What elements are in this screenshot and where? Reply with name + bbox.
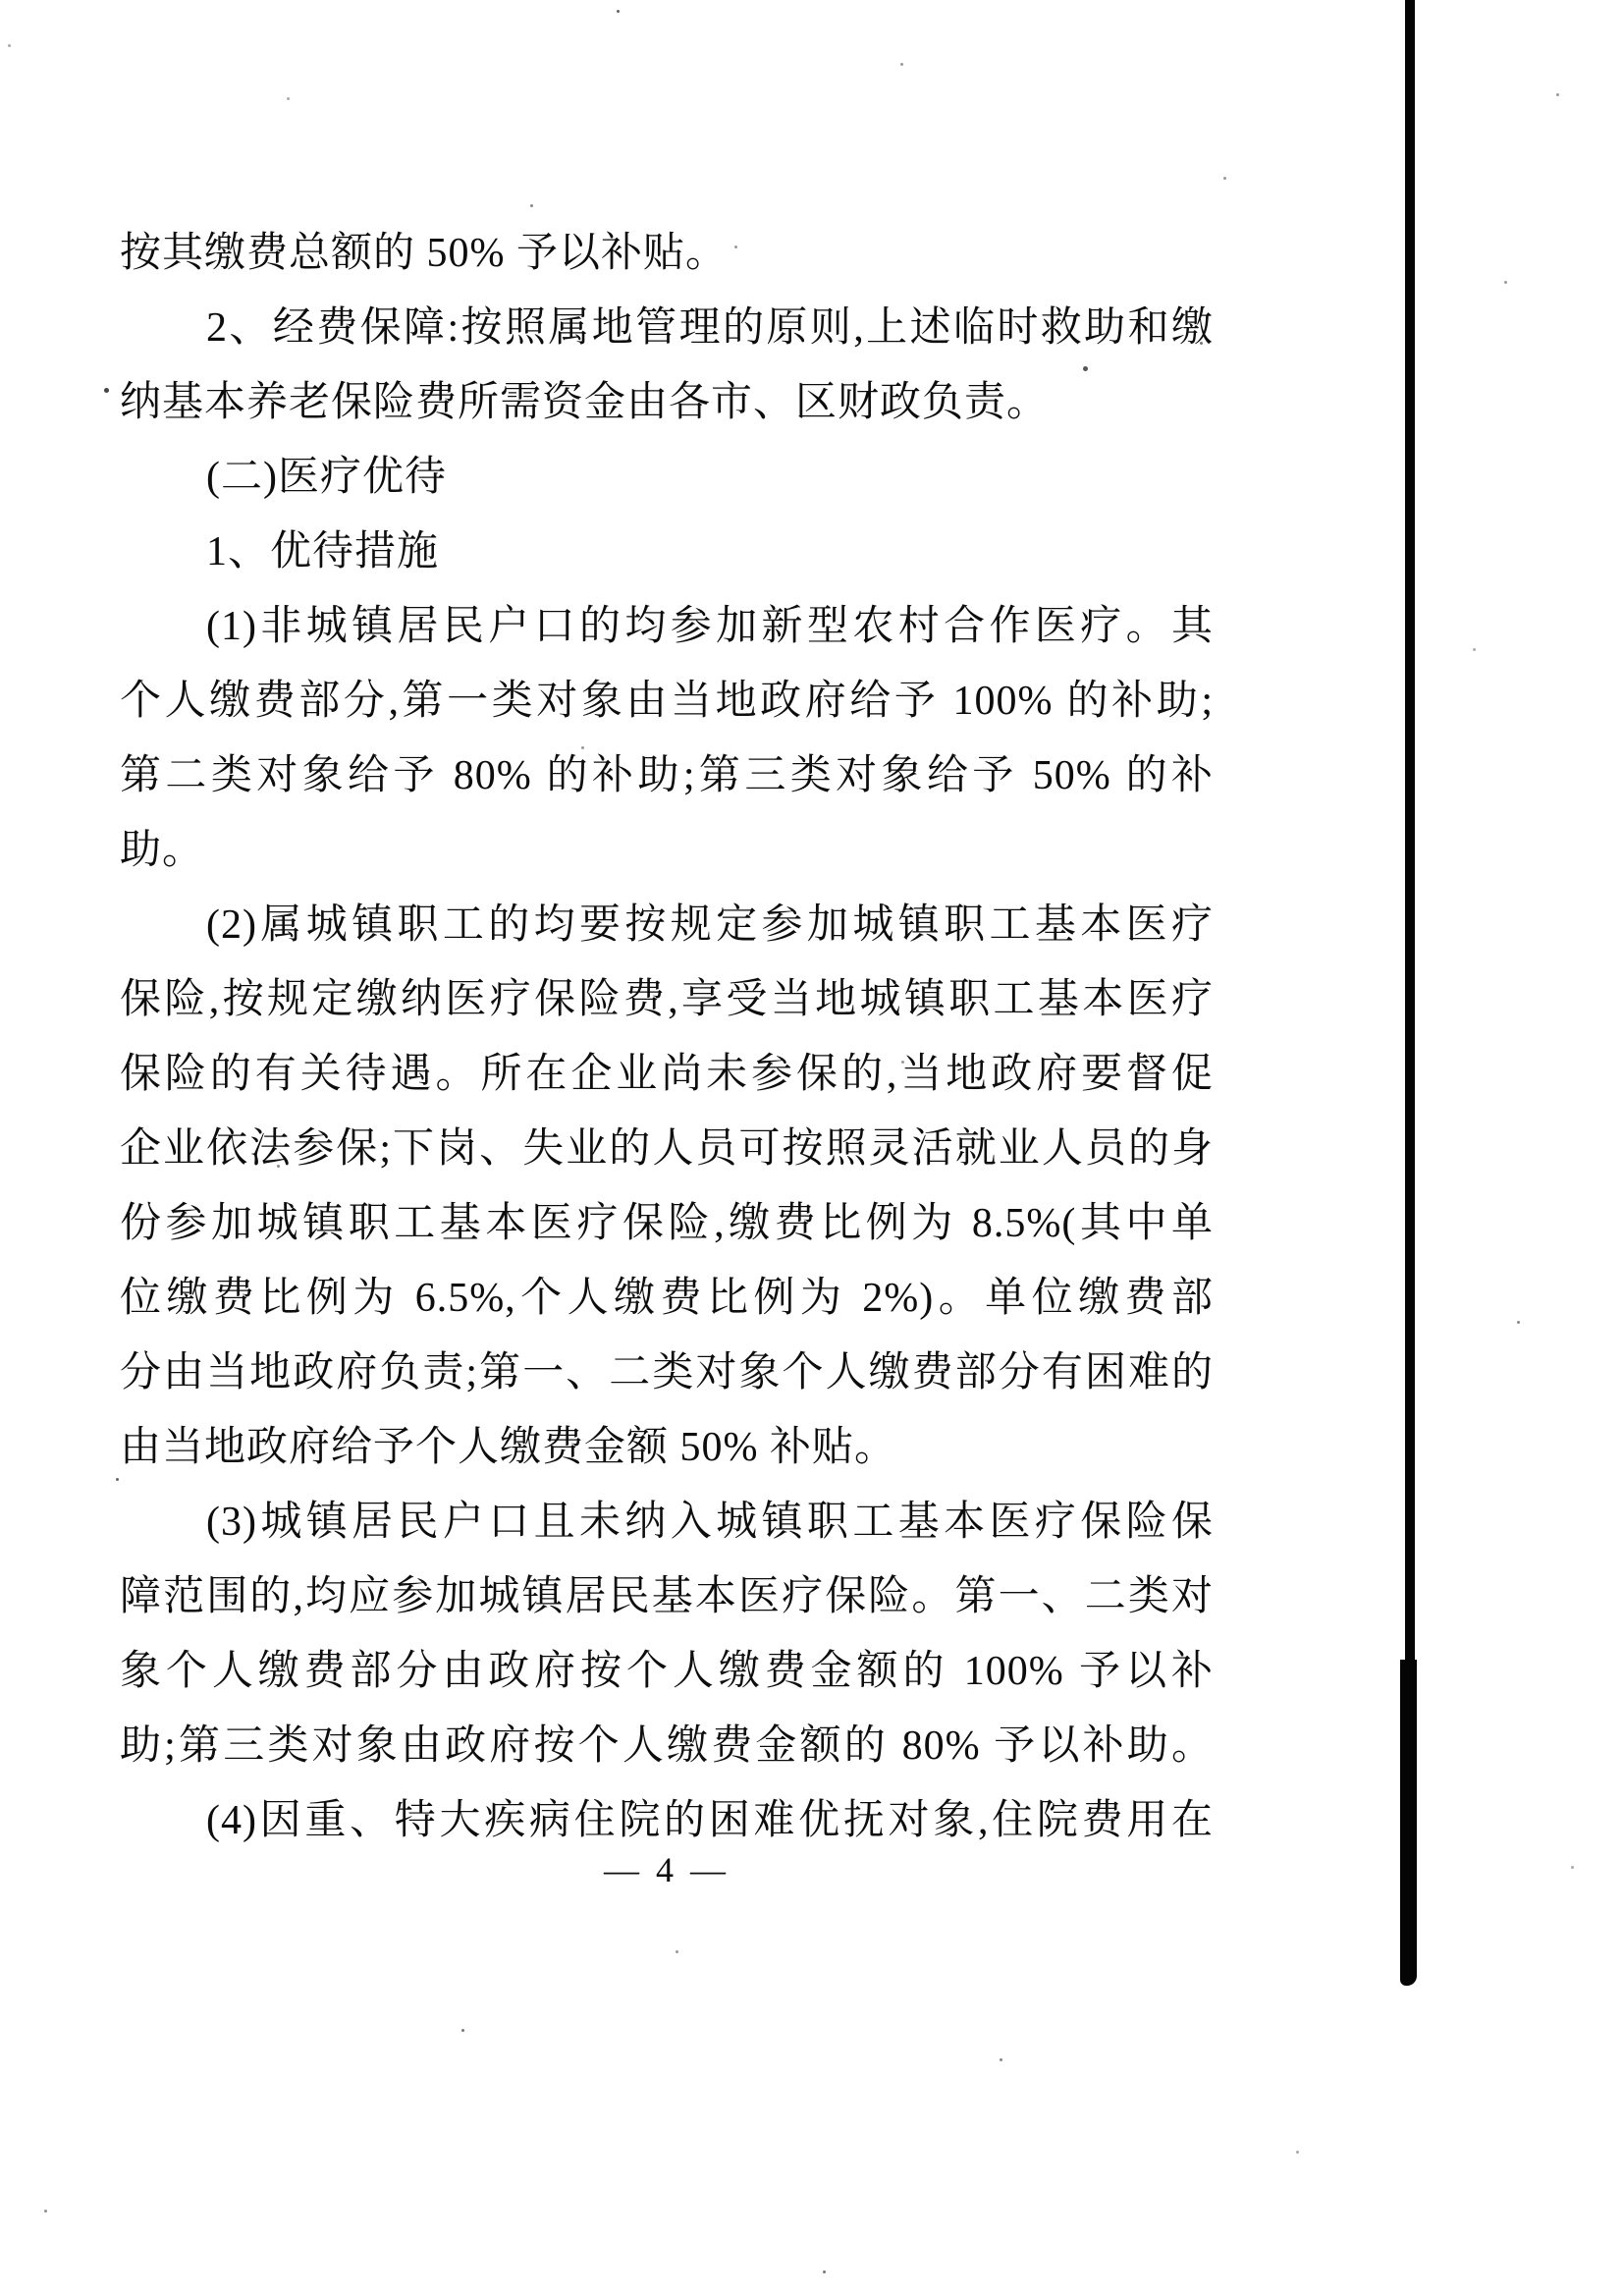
- text-line: 第二类对象给予 80% 的补助;第三类对象给予 50% 的补: [120, 738, 1214, 813]
- text-line: 分由当地政府负责;第一、二类对象个人缴费部分有困难的: [120, 1336, 1214, 1410]
- text-line: 由当地政府给予个人缴费金额 50% 补贴。: [120, 1410, 1214, 1485]
- scan-edge-artifact-bottom: [1400, 1660, 1417, 1986]
- text-line: (1)非城镇居民户口的均参加新型农村合作医疗。其: [120, 589, 1214, 664]
- text-line: 保险的有关待遇。所在企业尚未参保的,当地政府要督促: [120, 1037, 1214, 1112]
- page-number: — 4 —: [120, 1848, 1214, 1891]
- text-line: 按其缴费总额的 50% 予以补贴。: [120, 216, 1214, 291]
- text-line: 纳基本养老保险费所需资金由各市、区财政负责。: [120, 365, 1214, 440]
- text-line: 企业依法参保;下岗、失业的人员可按照灵活就业人员的身: [120, 1112, 1214, 1186]
- text-line: 象个人缴费部分由政府按个人缴费金额的 100% 予以补: [120, 1634, 1214, 1709]
- text-line: 2、经费保障:按照属地管理的原则,上述临时救助和缴: [120, 291, 1214, 365]
- text-line: 保险,按规定缴纳医疗保险费,享受当地城镇职工基本医疗: [120, 962, 1214, 1037]
- document-page: 按其缴费总额的 50% 予以补贴。2、经费保障:按照属地管理的原则,上述临时救助…: [0, 0, 1623, 2296]
- scan-edge-artifact: [1405, 0, 1415, 1669]
- text-line: 位缴费比例为 6.5%,个人缴费比例为 2%)。单位缴费部: [120, 1261, 1214, 1336]
- text-block: 按其缴费总额的 50% 予以补贴。2、经费保障:按照属地管理的原则,上述临时救助…: [120, 216, 1214, 1858]
- text-line: 1、优待措施: [120, 515, 1214, 589]
- scan-noise-specks: [0, 0, 3, 3]
- text-line: (3)城镇居民户口且未纳入城镇职工基本医疗保险保: [120, 1485, 1214, 1559]
- text-line: (4)因重、特大疾病住院的困难优抚对象,住院费用在: [120, 1783, 1214, 1858]
- text-line: 助。: [120, 813, 1214, 888]
- text-line: (2)属城镇职工的均要按规定参加城镇职工基本医疗: [120, 888, 1214, 962]
- text-line: 份参加城镇职工基本医疗保险,缴费比例为 8.5%(其中单: [120, 1186, 1214, 1261]
- text-line: 助;第三类对象由政府按个人缴费金额的 80% 予以补助。: [120, 1709, 1214, 1783]
- text-line: (二)医疗优待: [120, 440, 1214, 515]
- text-line: 个人缴费部分,第一类对象由当地政府给予 100% 的补助;: [120, 664, 1214, 738]
- text-line: 障范围的,均应参加城镇居民基本医疗保险。第一、二类对: [120, 1559, 1214, 1634]
